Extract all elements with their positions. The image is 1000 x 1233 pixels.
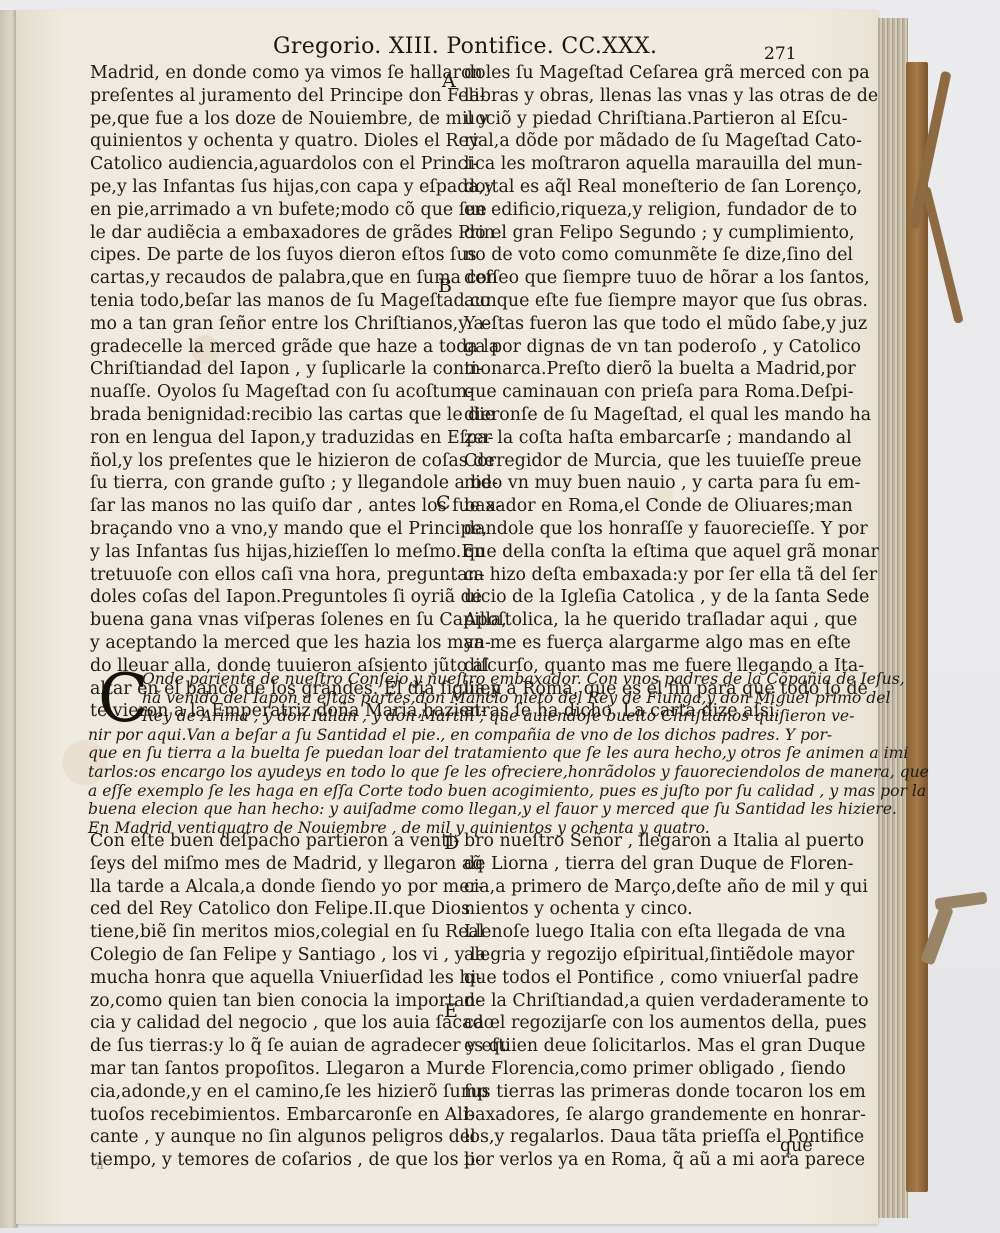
text-line: zer la coſta haſta embarcarſe ; mandando… (464, 427, 824, 450)
text-line: tretuuoſe con ellos caſi vna hora, pregu… (90, 564, 450, 587)
text-line: a eſſe exemplo ſe les haga en eſſa Corte… (88, 782, 838, 801)
text-line: pe,y las Infantas ſus hijas,con capa y e… (90, 176, 450, 199)
book-page: Gregorio. XIII. Pontifice. CC.XXX. 271 M… (16, 10, 878, 1224)
vellum-cover-edge (906, 62, 928, 1192)
text-line: de ſus tierras:y lo q̃ ſe auian de agrad… (90, 1035, 450, 1058)
running-title: Gregorio. XIII. Pontifice. CC.XXX. (273, 34, 657, 59)
text-line: preſentes al juramento del Principe don … (90, 85, 450, 108)
text-line: uociõ y piedad Chriſtiana.Partieron al E… (464, 108, 824, 131)
text-line: es quien deue ſolicitarlos. Mas el gran … (464, 1035, 824, 1058)
text-line: hã venido del Iapon a eſtas partes,don M… (88, 689, 838, 708)
text-line: le dar audiẽcia a embaxadores de grãdes … (90, 222, 450, 245)
text-line: cia,adonde,y en el camino,ſe les hizierõ… (90, 1081, 450, 1104)
text-line: quinientos y ochenta y quatro. Dioles el… (90, 130, 450, 153)
text-line: bro nueſtro Señor , llegaron a Italia al… (464, 830, 824, 853)
text-line: rial,a dõde por mãdado de ſu Mageſtad Ca… (464, 130, 824, 153)
text-line: que caminauan con prieſa para Roma.Deſpi… (464, 381, 824, 404)
text-line: en edificio,riqueza,y religion, fundador… (464, 199, 824, 222)
text-line: braçando vno a vno,y mando que el Princi… (90, 518, 450, 541)
text-line: ſeys del miſmo mes de Madrid, y llegaron… (90, 853, 450, 876)
text-line: dieronſe de ſu Mageſtad, el qual les man… (464, 404, 824, 427)
left-column-bottom: Con eſte buen deſpacho partieron a venti… (90, 830, 450, 1172)
text-line: ñol,y los preſentes que le hizieron de c… (90, 450, 450, 473)
right-column-bottom: bro nueſtro Señor , llegaron a Italia al… (464, 830, 824, 1172)
margin-letter-b: B (438, 275, 452, 297)
text-line: de Liorna , tierra del gran Duque de Flo… (464, 853, 824, 876)
text-line: deſſeo que ſiempre tuuo de hõrar a los ſ… (464, 267, 824, 290)
text-line: que todos el Pontifice , como vniuerſal … (464, 967, 824, 990)
text-line: uicio de la Igleſia Catolica , y de la ſ… (464, 586, 824, 609)
page-number: 271 (764, 44, 796, 64)
margin-letter-c: C (436, 492, 451, 514)
text-line: ron en lengua del Iapon,y traduzidas en … (90, 427, 450, 450)
text-line: lica les moſtraron aquella marauilla del… (464, 153, 824, 176)
text-line: brada benignidad:recibio las cartas que … (90, 404, 450, 427)
text-line: nido vn muy buen nauio , y carta para ſu… (464, 472, 824, 495)
text-line: doles coſas del Iapon.Preguntoles ſi oyr… (90, 586, 450, 609)
text-line: alegria y regozijo eſpiritual,ſintiẽdole… (464, 944, 824, 967)
text-line: do:tal es aq̃l Real moneſterio de ſan Lo… (464, 176, 824, 199)
text-line: cante , y aunque no ſin algunos peligros… (90, 1126, 450, 1149)
text-line: pe,que fue a los doze de Nouiembre, de m… (90, 108, 450, 131)
text-line: Onde pariente de nueſtro Conſejo,y nueſt… (88, 670, 838, 689)
text-line: cia,a primero de Março,deſte año de mil … (464, 876, 824, 899)
text-line: Con eſte buen deſpacho partieron a venti… (90, 830, 450, 853)
text-line: tenia todo,beſar las manos de ſu Mageſta… (90, 290, 450, 313)
text-line: y las Infantas ſus hijas,hizieſſen lo me… (90, 541, 450, 564)
text-line: de Florencia,como primer obligado , ſien… (464, 1058, 824, 1081)
text-line: buena gana vnas viſperas ſolenes en ſu C… (90, 609, 450, 632)
text-line: Chriſtiandad del Iapon , y ſuplicarle la… (90, 358, 450, 381)
text-line: lla tarde a Alcala,a donde ſiendo yo por… (90, 876, 450, 899)
text-line: ga por dignas de vn tan poderoſo , y Cat… (464, 336, 824, 359)
royal-letter-block: Onde pariente de nueſtro Conſejo,y nueſt… (88, 670, 838, 837)
text-line: por verlos ya en Roma, q̃ aũ a mi aora p… (464, 1149, 824, 1172)
text-line: ca hizo deſta embaxada:y por ſer ella tã… (464, 564, 824, 587)
right-column-top: doles ſu Mageſtad Ceſarea grã merced con… (464, 62, 824, 723)
text-line: Corregidor de Murcia, que les tuuieſſe p… (464, 450, 824, 473)
text-line: tuoſos recebimientos. Embarcaronſe en Al… (90, 1104, 450, 1127)
text-line: que della conſta la eſtima que aquel grã… (464, 541, 824, 564)
text-line: y aceptando la merced que les hazia los … (90, 632, 450, 655)
text-line: en pie,arrimado a vn bufete;modo cõ que … (90, 199, 450, 222)
text-line: zo,como quien tan bien conocia la import… (90, 990, 450, 1013)
text-line: los,y regalarlos. Daua tãta prieſſa el P… (464, 1126, 824, 1149)
text-line: tarlos:os encargo los ayudeys en todo lo… (88, 763, 838, 782)
text-line: ſar las manos no las quiſo dar , antes l… (90, 495, 450, 518)
text-line: mar tan ſantos propoſitos. Llegaron a Mu… (90, 1058, 450, 1081)
margin-letter-a: A (442, 70, 456, 92)
text-line: cia y calidad del negocio , que los auia… (90, 1012, 450, 1035)
text-line: nuaſſe. Oyolos ſu Mageſtad con ſu acoſtu… (90, 381, 450, 404)
text-line: Madrid, en donde como ya vimos ſe hallar… (90, 62, 450, 85)
text-line: Rey de Arima , y don Iulian , y don Mart… (88, 707, 838, 726)
text-line: Catolico audiencia,aguardolos con el Pri… (90, 153, 450, 176)
text-line: baxador en Roma,el Conde de Oliuares;man (464, 495, 824, 518)
text-line: do el gran Felipo Segundo ; y cumplimien… (464, 222, 824, 245)
text-line: Y eſtas fueron las que todo el mũdo ſabe… (464, 313, 824, 336)
text-line: ca el regozijarſe con los aumentos della… (464, 1012, 824, 1035)
left-column-top: Madrid, en donde como ya vimos ſe hallar… (90, 62, 450, 723)
text-line: cartas,y recaudos de palabra,que en ſuma… (90, 267, 450, 290)
text-line: tiene,biẽ ſin meritos mios,colegial en ſ… (90, 921, 450, 944)
text-line: que en ſu tierra a la buelta ſe puedan l… (88, 744, 838, 763)
text-line: ſus tierras las primeras donde tocaron l… (464, 1081, 824, 1104)
text-line: Colegio de ſan Felipe y Santiago , los v… (90, 944, 450, 967)
text-line: no de voto como comunmẽte ſe dize,ſino d… (464, 244, 824, 267)
text-line: labras y obras, llenas las vnas y las ot… (464, 85, 824, 108)
text-line: gradecelle la merced grãde que haze a to… (90, 336, 450, 359)
text-line: baxadores, ſe alargo grandemente en honr… (464, 1104, 824, 1127)
book-fore-edge (878, 18, 908, 1218)
text-line: tiempo, y temores de coſarios , de que l… (90, 1149, 450, 1172)
text-line: mucha honra que aquella Vniuerſidad les … (90, 967, 450, 990)
text-line: de la Chriſtiandad,a quien verdaderament… (464, 990, 824, 1013)
text-line: nientos y ochenta y cinco. (464, 898, 824, 921)
text-line: ya me es fuerça alargarme algo mas en eſ… (464, 632, 824, 655)
text-line: ſu tierra, con grande guſto ; y llegando… (90, 472, 450, 495)
text-line: mo a tan gran ſeñor entre los Chriſtiano… (90, 313, 450, 336)
text-line: buena elecion que han hecho: y auiſadme … (88, 800, 838, 819)
text-line: ced del Rey Catolico don Felipe.II.que D… (90, 898, 450, 921)
text-line: Apoſtolica, la he querido traſladar aqui… (464, 609, 824, 632)
text-line: cipes. De parte de los ſuyos dieron eſto… (90, 244, 450, 267)
text-line: dandole que los honraſſe y fauorecieſſe.… (464, 518, 824, 541)
text-line: doles ſu Mageſtad Ceſarea grã merced con… (464, 62, 824, 85)
signature-mark: ıl (96, 1158, 104, 1172)
catchword: que (780, 1136, 813, 1156)
text-line: nir por aqui.Van a beſar a ſu Santidad e… (88, 726, 838, 745)
text-line: aunque eſte fue ſiempre mayor que ſus ob… (464, 290, 824, 313)
text-line: monarca.Preſto dierõ la buelta a Madrid,… (464, 358, 824, 381)
text-line: Llenoſe luego Italia con eſta llegada de… (464, 921, 824, 944)
